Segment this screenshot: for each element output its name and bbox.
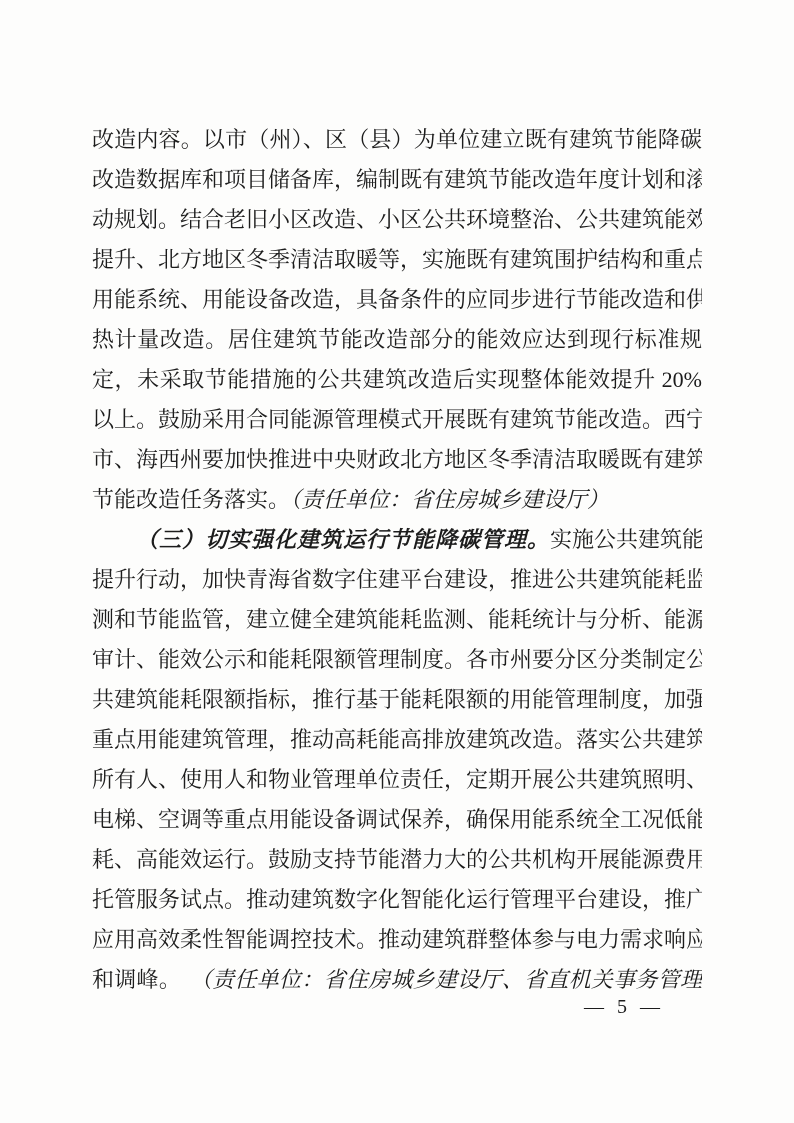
text-line: 定，未采取节能措施的公共建筑改造后实现整体能效提升 20% bbox=[92, 360, 702, 400]
text-line: 改造数据库和项目储备库，编制既有建筑节能改造年度计划和滚 bbox=[92, 160, 702, 200]
text-line: 审计、能效公示和能耗限额管理制度。各市州要分区分类制定公 bbox=[92, 640, 702, 680]
section-heading-rest: 实施公共建筑能效 bbox=[550, 527, 702, 552]
text-line: 托管服务试点。推动建筑数字化智能化运行管理平台建设，推广 bbox=[92, 880, 702, 920]
text-line: 和调峰。（责任单位：省住房城乡建设厅、省直机关事务管理 bbox=[92, 960, 702, 1000]
text-line: 耗、高能效运行。鼓励支持节能潜力大的公共机构开展能源费用 bbox=[92, 840, 702, 880]
text-line: 电梯、空调等重点用能设备调试保养，确保用能系统全工况低能 bbox=[92, 800, 702, 840]
paragraph-1: 改造内容。以市（州）、区（县）为单位建立既有建筑节能降碳 改造数据库和项目储备库… bbox=[92, 120, 702, 520]
text-line: 共建筑能耗限额指标，推行基于能耗限额的用能管理制度，加强 bbox=[92, 680, 702, 720]
text-line: 节能改造任务落实。（责任单位：省住房城乡建设厅） bbox=[92, 480, 702, 520]
text-line: 改造内容。以市（州）、区（县）为单位建立既有建筑节能降碳 bbox=[92, 120, 702, 160]
text-line: 以上。鼓励采用合同能源管理模式开展既有建筑节能改造。西宁 bbox=[92, 400, 702, 440]
paragraph-2: （三）切实强化建筑运行节能降碳管理。实施公共建筑能效 提升行动，加快青海省数字住… bbox=[92, 520, 702, 1000]
paragraph-1-closing-text: 节能改造任务落实。 bbox=[92, 487, 290, 512]
text-line: 提升、北方地区冬季清洁取暖等，实施既有建筑围护结构和重点 bbox=[92, 240, 702, 280]
text-line: 测和节能监管，建立健全建筑能耗监测、能耗统计与分析、能源 bbox=[92, 600, 702, 640]
text-line: 动规划。结合老旧小区改造、小区公共环境整治、公共建筑能效 bbox=[92, 200, 702, 240]
text-line: 用能系统、用能设备改造，具备条件的应同步进行节能改造和供 bbox=[92, 280, 702, 320]
text-line: 应用高效柔性智能调控技术。推动建筑群整体参与电力需求响应 bbox=[92, 920, 702, 960]
text-line: 提升行动，加快青海省数字住建平台建设，推进公共建筑能耗监 bbox=[92, 560, 702, 600]
text-line: （三）切实强化建筑运行节能降碳管理。实施公共建筑能效 bbox=[92, 520, 702, 560]
page-number: — 5 — bbox=[584, 995, 664, 1019]
paragraph-2-closing-text: 和调峰。 bbox=[92, 967, 181, 992]
section-heading: （三）切实强化建筑运行节能降碳管理。 bbox=[136, 527, 550, 552]
text-line: 所有人、使用人和物业管理单位责任，定期开展公共建筑照明、 bbox=[92, 760, 702, 800]
responsibility-unit: （责任单位：省住房城乡建设厅） bbox=[290, 487, 609, 512]
responsibility-unit: （责任单位：省住房城乡建设厅、省直机关事务管理 bbox=[201, 967, 702, 992]
text-line: 市、海西州要加快推进中央财政北方地区冬季清洁取暖既有建筑 bbox=[92, 440, 702, 480]
document-page: 改造内容。以市（州）、区（县）为单位建立既有建筑节能降碳 改造数据库和项目储备库… bbox=[0, 0, 794, 1123]
text-line: 热计量改造。居住建筑节能改造部分的能效应达到现行标准规 bbox=[92, 320, 702, 360]
text-line: 重点用能建筑管理，推动高耗能高排放建筑改造。落实公共建筑 bbox=[92, 720, 702, 760]
document-body: 改造内容。以市（州）、区（县）为单位建立既有建筑节能降碳 改造数据库和项目储备库… bbox=[92, 120, 702, 1000]
